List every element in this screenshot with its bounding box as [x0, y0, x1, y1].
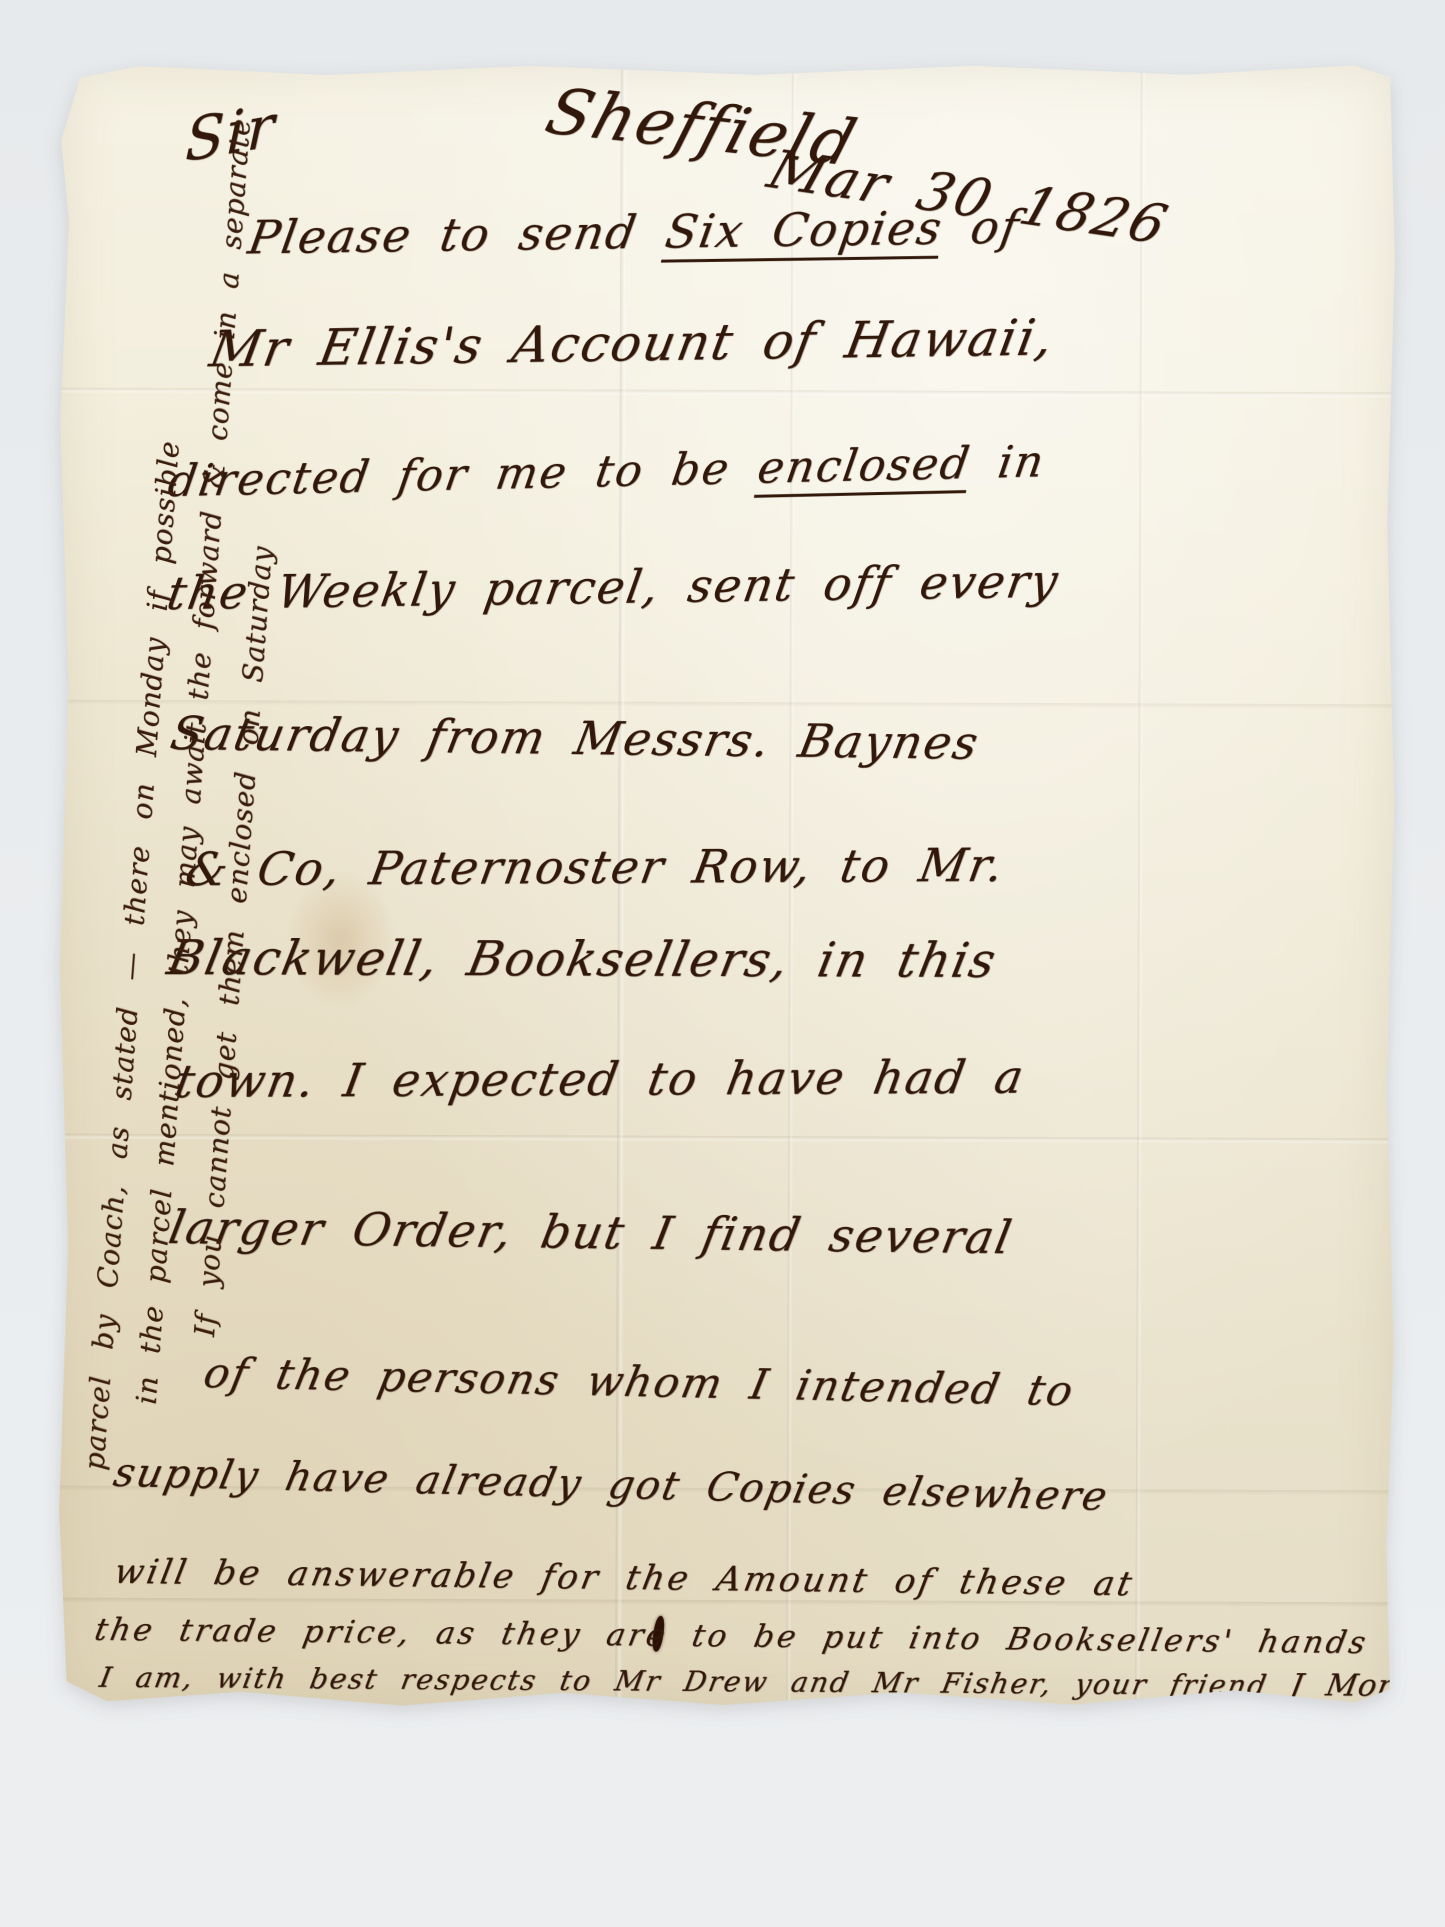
- line-trade-price: the trade price, as they are to be put i…: [92, 1612, 1372, 1661]
- line-answerable-amount: will be answerable for the Amount of the…: [111, 1552, 1138, 1604]
- underline-six-copies: Six Copies: [661, 201, 947, 263]
- letter-paper-wrap: Sheffield Mar 30 1826 Sir Please to send…: [53, 58, 1401, 1713]
- signature: J Montgomery.: [1287, 1668, 1445, 1705]
- line-weekly-parcel: the Weekly parcel, sent off every: [163, 554, 1063, 621]
- line-paternoster-row: & Co, Paternoster Row, to Mr.: [182, 838, 1009, 896]
- line-send-copies: Please to send Six Copies of: [245, 200, 1025, 265]
- line-persons-intended: of the persons whom I intended to: [200, 1348, 1079, 1415]
- photo-background: Sheffield Mar 30 1826 Sir Please to send…: [0, 0, 1445, 1927]
- line-blackwell-booksellers: Blackwell, Booksellers, in this: [163, 930, 1002, 989]
- line-send-post: of: [938, 200, 1024, 255]
- line-saturday-baynes: Saturday from Messrs. Baynes: [166, 706, 984, 770]
- line-town-expected: town. I expected to have had a: [171, 1050, 1029, 1108]
- letter-paper: Sheffield Mar 30 1826 Sir Please to send…: [53, 58, 1401, 1713]
- closing-text: I am, with best respects to Mr Drew and …: [97, 1661, 1271, 1702]
- line-larger-order: larger Order, but I find several: [165, 1200, 1018, 1264]
- line-ellis-title: Mr Ellis's Account of Hawaii,: [206, 308, 1060, 378]
- line-supply-copies: supply have already got Copies elsewhere: [110, 1450, 1113, 1520]
- line-closing-respects: I am, with best respects to Mr Drew and …: [97, 1660, 1445, 1705]
- line-send-pre: Please to send: [245, 205, 671, 265]
- line-directed-pre: directed for me to be: [165, 443, 762, 508]
- line-directed-enclosed: directed for me to be enclosed in: [165, 436, 1049, 507]
- line-directed-post: in: [967, 436, 1049, 489]
- underline-enclosed: enclosed: [754, 438, 975, 498]
